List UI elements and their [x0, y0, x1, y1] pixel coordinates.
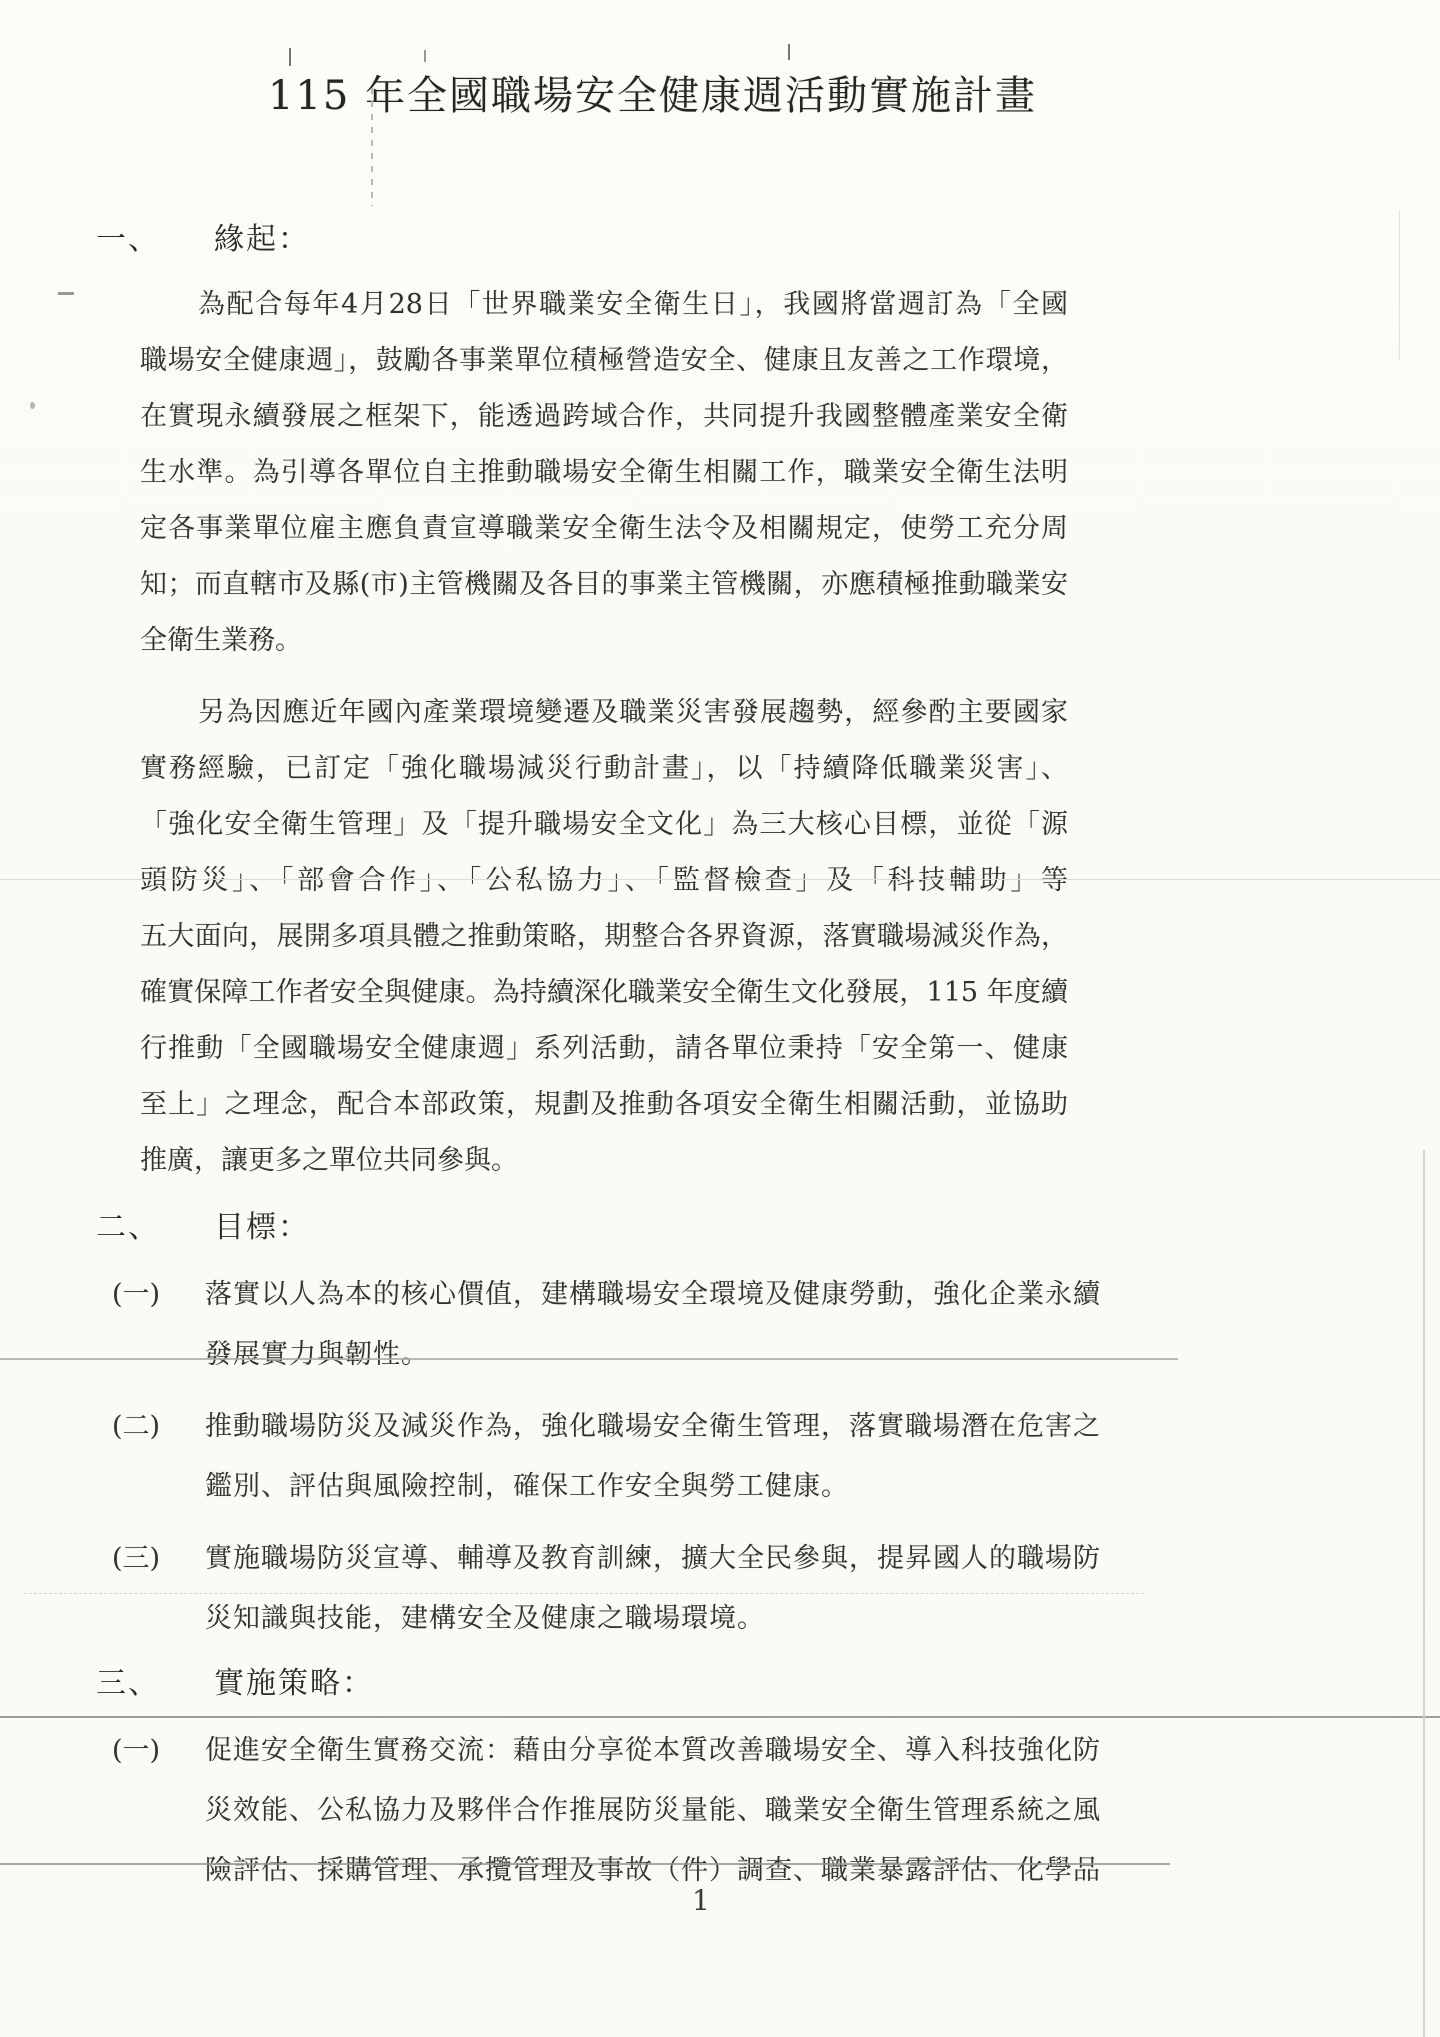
list-item-text: 落實以人為本的核心價值，建構職場安全環境及健康勞動，強化企業永續發展實力與韌性。 [205, 1265, 1165, 1385]
paragraph-line: 至上」之理念，配合本部政策，規劃及推動各項安全衛生相關活動，並協助 [140, 1077, 1068, 1133]
list-item: (一)促進安全衛生實務交流：藉由分享從本質改善職場安全、導入科技強化防災效能、公… [112, 1721, 1440, 1901]
list-item-text: 實施職場防災宣導、輔導及教育訓練，擴大全民參與，提昇國人的職場防災知識與技能，建… [205, 1529, 1165, 1649]
list-item: (二)推動職場防災及減災作為，強化職場安全衛生管理，落實職場潛在危害之鑑別、評估… [112, 1397, 1440, 1517]
list-item-line: 落實以人為本的核心價值，建構職場安全環境及健康勞動，強化企業永續 [205, 1265, 1165, 1325]
paragraph-line: 確實保障工作者安全與健康。為持續深化職業安全衛生文化發展，115 年度續 [140, 965, 1068, 1021]
paragraph-line: 實務經驗，已訂定「強化職場減災行動計畫」，以「持續降低職業災害」、 [140, 741, 1068, 797]
section-number: 二、 [96, 1205, 170, 1251]
paragraph-line: 定各事業單位雇主應負責宣導職業安全衛生法令及相關規定，使勞工充分周 [140, 501, 1068, 557]
list-item-line: 險評估、採購管理、承攬管理及事故（件）調查、職業暴露評估、化學品 [205, 1841, 1165, 1901]
paragraph-line: 行推動「全國職場安全健康週」系列活動，請各單位秉持「安全第一、健康 [140, 1021, 1068, 1077]
section-heading-label: 實施策略： [214, 1661, 374, 1707]
paragraph: 為配合每年4月28日「世界職業安全衛生日」，我國將當週訂為「全國職場安全健康週」… [140, 277, 1068, 669]
list-item: (一)落實以人為本的核心價值，建構職場安全環境及健康勞動，強化企業永續發展實力與… [112, 1265, 1440, 1385]
page-number: 1 [692, 1884, 710, 1917]
section-heading-label: 緣起： [214, 217, 310, 263]
section-heading: 三、實施策略： [96, 1661, 1440, 1707]
list-item-text: 促進安全衛生實務交流：藉由分享從本質改善職場安全、導入科技強化防災效能、公私協力… [205, 1721, 1165, 1901]
list-item-line: 發展實力與韌性。 [205, 1325, 1165, 1385]
list-item-line: 災知識與技能，建構安全及健康之職場環境。 [205, 1589, 1165, 1649]
document-page: 115 年全國職場安全健康週活動實施計畫 一、緣起：為配合每年4月28日「世界職… [0, 0, 1440, 2037]
section-number: 一、 [96, 217, 170, 263]
paragraph-line: 知；而直轄市及縣(市)主管機關及各目的事業主管機關，亦應積極推動職業安 [140, 557, 1068, 613]
document-body: 一、緣起：為配合每年4月28日「世界職業安全衛生日」，我國將當週訂為「全國職場安… [0, 217, 1440, 1901]
list-item-number: (三) [112, 1529, 205, 1649]
section-heading-label: 目標： [214, 1205, 310, 1251]
list-item-number: (一) [112, 1265, 205, 1385]
list-item-number: (二) [112, 1397, 205, 1517]
paragraph-line: 另為因應近年國內產業環境變遷及職業災害發展趨勢，經參酌主要國家 [140, 685, 1068, 741]
paragraph-line: 「強化安全衛生管理」及「提升職場安全文化」為三大核心目標，並從「源 [140, 797, 1068, 853]
paragraph-line: 推廣，讓更多之單位共同參與。 [140, 1133, 1068, 1189]
paragraph: 另為因應近年國內產業環境變遷及職業災害發展趨勢，經參酌主要國家實務經驗，已訂定「… [140, 685, 1068, 1189]
list-item-line: 鑑別、評估與風險控制，確保工作安全與勞工健康。 [205, 1457, 1165, 1517]
list-item-line: 推動職場防災及減災作為，強化職場安全衛生管理，落實職場潛在危害之 [205, 1397, 1165, 1457]
paragraph-line: 生水準。為引導各單位自主推動職場安全衛生相關工作，職業安全衛生法明 [140, 445, 1068, 501]
list-item: (三)實施職場防災宣導、輔導及教育訓練，擴大全民參與，提昇國人的職場防災知識與技… [112, 1529, 1440, 1649]
list-item-line: 促進安全衛生實務交流：藉由分享從本質改善職場安全、導入科技強化防 [205, 1721, 1165, 1781]
section-heading: 二、目標： [96, 1205, 1440, 1251]
section-heading: 一、緣起： [96, 217, 1440, 263]
page-title: 115 年全國職場安全健康週活動實施計畫 [0, 0, 1440, 121]
list-item-line: 實施職場防災宣導、輔導及教育訓練，擴大全民參與，提昇國人的職場防 [205, 1529, 1165, 1589]
paragraph-line: 職場安全健康週」，鼓勵各事業單位積極營造安全、健康且友善之工作環境， [140, 333, 1068, 389]
paragraph-line: 全衛生業務。 [140, 613, 1068, 669]
paragraph-line: 頭防災」、「部會合作」、「公私協力」、「監督檢查」及「科技輔助」等 [140, 853, 1068, 909]
list-item-line: 災效能、公私協力及夥伴合作推展防災量能、職業安全衛生管理系統之風 [205, 1781, 1165, 1841]
paragraph-line: 在實現永續發展之框架下，能透過跨域合作，共同提升我國整體產業安全衛 [140, 389, 1068, 445]
section-number: 三、 [96, 1661, 170, 1707]
paragraph-line: 五大面向，展開多項具體之推動策略，期整合各界資源，落實職場減災作為， [140, 909, 1068, 965]
paragraph-line: 為配合每年4月28日「世界職業安全衛生日」，我國將當週訂為「全國 [140, 277, 1068, 333]
list-item-number: (一) [112, 1721, 205, 1901]
list-item-text: 推動職場防災及減災作為，強化職場安全衛生管理，落實職場潛在危害之鑑別、評估與風險… [205, 1397, 1165, 1517]
